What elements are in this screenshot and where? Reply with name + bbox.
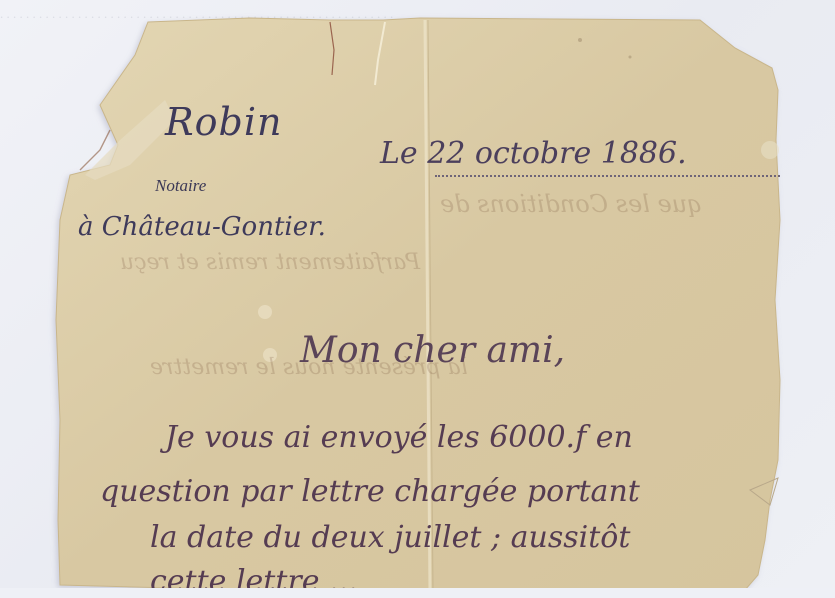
- body-line-1: Je vous ai envoyé les 6000.f en: [165, 420, 633, 455]
- letterhead-title: Notaire: [155, 176, 206, 196]
- scan-bottom-margin: [0, 588, 835, 598]
- body-line-3: la date du deux juillet ; aussitôt: [150, 520, 630, 555]
- letterhead-place: à Château-Gontier.: [78, 212, 326, 242]
- date-dotted-rule: [435, 175, 780, 177]
- show-through-text-2: Parfaitement remis et reçu: [120, 250, 420, 275]
- show-through-text-1: que les Conditions de: [440, 190, 703, 218]
- date-line: Le 22 octobre 1886.: [380, 136, 687, 171]
- letterhead-name: Robin: [165, 100, 282, 144]
- body-line-2: question par lettre chargée portant: [100, 474, 640, 509]
- salutation: Mon cher ami,: [300, 330, 565, 371]
- letter-paper: que les Conditions de Parfaitement remis…: [0, 0, 835, 598]
